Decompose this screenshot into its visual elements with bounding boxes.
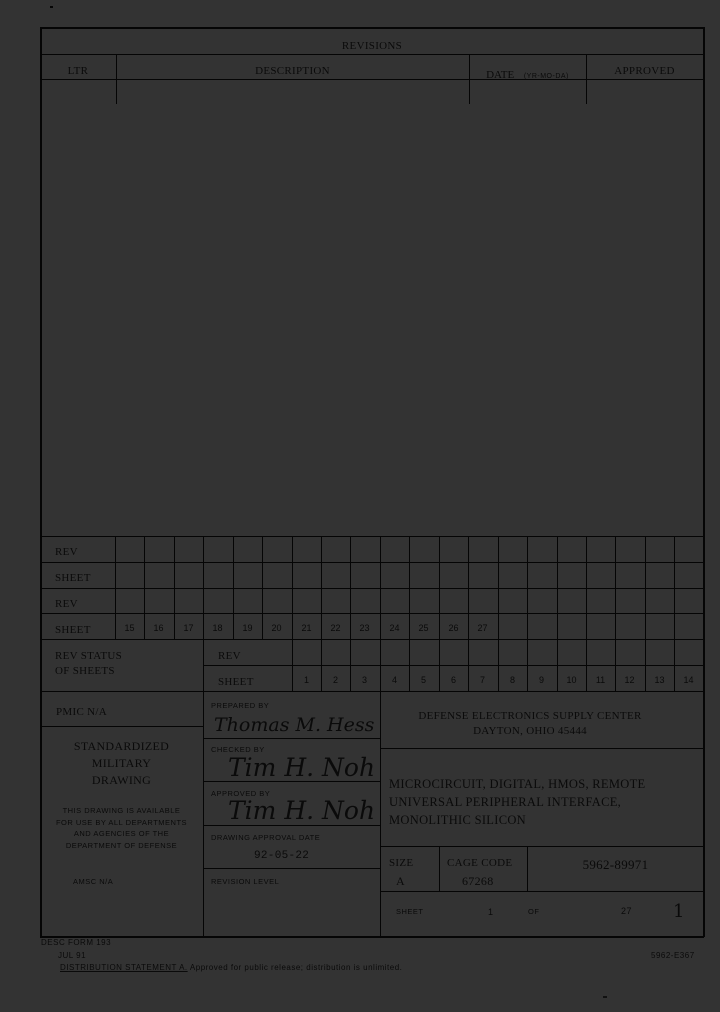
sheet-number-cell: 26 bbox=[439, 623, 468, 633]
distribution-text: Approved for public release; distributio… bbox=[188, 963, 403, 972]
sheet-number-cell: 1 bbox=[292, 675, 321, 685]
frame-bottom bbox=[40, 936, 704, 938]
grid-col bbox=[645, 536, 646, 639]
smd-title-line1: STANDARDIZED bbox=[40, 739, 203, 754]
cage-code-label: CAGE CODE bbox=[447, 857, 512, 869]
sheet-number-cell: 5 bbox=[409, 675, 438, 685]
revisions-title-divider bbox=[40, 54, 704, 55]
revisions-title: REVISIONS bbox=[40, 40, 704, 52]
sheet-number-cell: 19 bbox=[233, 623, 262, 633]
approval-date-value: 92-05-22 bbox=[254, 850, 309, 862]
sheet-label: SHEET bbox=[396, 907, 424, 916]
divider bbox=[203, 868, 380, 869]
prepared-by-signature: Thomas M. Hess bbox=[214, 714, 374, 736]
availability-line4: DEPARTMENT OF DEFENSE bbox=[40, 841, 203, 850]
sheet-number-cell: 27 bbox=[468, 623, 497, 633]
sheet-number-cell: 15 bbox=[115, 623, 144, 633]
part-title-line3: MONOLITHIC SILICON bbox=[389, 813, 526, 828]
sheet-number-cell: 23 bbox=[350, 623, 379, 633]
sheet-number-cell: 14 bbox=[674, 675, 703, 685]
revision-level-label: REVISION LEVEL bbox=[211, 877, 279, 886]
document-code: 5962-E367 bbox=[651, 951, 695, 960]
sheet-number-cell: 17 bbox=[174, 623, 203, 633]
grid-col bbox=[674, 536, 675, 639]
sheet-number-cell: 16 bbox=[144, 623, 173, 633]
sheet-number-cell: 2 bbox=[321, 675, 350, 685]
revisions-header-divider bbox=[40, 79, 704, 80]
grid-col bbox=[498, 536, 499, 639]
sheet-number-cell: 9 bbox=[527, 675, 556, 685]
distribution-label: DISTRIBUTION STATEMENT A. bbox=[60, 963, 188, 972]
pmic-label: PMIC N/A bbox=[56, 706, 107, 718]
revisions-col-divider bbox=[586, 54, 587, 104]
form-number: DESC FORM 193 bbox=[41, 938, 111, 947]
row-label-rev: REV bbox=[55, 598, 78, 610]
checked-by-signature: Tim H. Noh bbox=[228, 753, 375, 782]
grid-line bbox=[40, 691, 704, 692]
grid-line bbox=[40, 562, 704, 563]
distribution-statement: DISTRIBUTION STATEMENT A. Approved for p… bbox=[60, 963, 402, 972]
grid-line bbox=[40, 536, 704, 537]
prepared-by-label: PREPARED BY bbox=[211, 701, 269, 710]
sheet-number-cell: 3 bbox=[350, 675, 379, 685]
divider bbox=[203, 781, 380, 782]
amsc-label: AMSC N/A bbox=[73, 877, 113, 886]
date-label: DATE bbox=[486, 69, 514, 81]
divider bbox=[380, 891, 704, 892]
date-format-label: (YR-MO-DA) bbox=[524, 73, 569, 80]
smd-title-line3: DRAWING bbox=[40, 773, 203, 788]
grid-line bbox=[40, 588, 704, 589]
part-title-line2: UNIVERSAL PERIPHERAL INTERFACE, bbox=[389, 795, 621, 810]
row-label-rev: REV bbox=[55, 546, 78, 558]
divider bbox=[40, 726, 203, 727]
col-header-description: DESCRIPTION bbox=[116, 65, 469, 77]
sheet-number-cell: 13 bbox=[645, 675, 674, 685]
handwritten-sheet-mark: 1 bbox=[673, 901, 684, 922]
approval-date-label: DRAWING APPROVAL DATE bbox=[211, 833, 320, 842]
sheet-number-cell: 11 bbox=[586, 675, 615, 685]
sheet-number-cell: 22 bbox=[321, 623, 350, 633]
sheet-number-cell: 24 bbox=[380, 623, 409, 633]
frame-left bbox=[40, 27, 42, 937]
grid-col bbox=[615, 536, 616, 639]
stray-mark bbox=[603, 996, 607, 998]
grid-col bbox=[203, 639, 204, 937]
sheet-number-cell: 4 bbox=[380, 675, 409, 685]
agency-name: DEFENSE ELECTRONICS SUPPLY CENTER bbox=[380, 710, 680, 722]
registration-mark bbox=[50, 6, 53, 8]
sheet-number-cell: 10 bbox=[557, 675, 586, 685]
sheet-number-cell: 20 bbox=[262, 623, 291, 633]
frame-top bbox=[40, 27, 704, 29]
sheet-number-cell: 6 bbox=[439, 675, 468, 685]
col-header-approved: APPROVED bbox=[586, 65, 703, 77]
part-title-line1: MICROCIRCUIT, DIGITAL, HMOS, REMOTE bbox=[389, 777, 645, 792]
grid-line bbox=[40, 613, 704, 614]
grid-col bbox=[527, 536, 528, 639]
sheet-number-cell: 7 bbox=[468, 675, 497, 685]
divider bbox=[203, 825, 380, 826]
smd-title-line2: MILITARY bbox=[40, 756, 203, 771]
form-date: JUL 91 bbox=[58, 951, 86, 960]
grid-line bbox=[203, 665, 704, 666]
revisions-col-divider bbox=[116, 54, 117, 104]
grid-col bbox=[586, 536, 587, 639]
size-value: A bbox=[396, 874, 405, 889]
sheet-number-cell: 8 bbox=[498, 675, 527, 685]
row-label-sheet: SHEET bbox=[55, 624, 91, 636]
sheet-number-cell: 25 bbox=[409, 623, 438, 633]
col-header-date: DATE (YR-MO-DA) bbox=[469, 65, 586, 83]
frame-right bbox=[703, 27, 705, 937]
row-label-sheet: SHEET bbox=[55, 572, 91, 584]
sheet-number-cell: 12 bbox=[615, 675, 644, 685]
grid-col bbox=[557, 536, 558, 639]
cage-code-value: 67268 bbox=[462, 874, 494, 889]
rev-status-label-line1: REV STATUS bbox=[55, 650, 122, 662]
availability-line3: AND AGENCIES OF THE bbox=[40, 829, 203, 838]
availability-line1: THIS DRAWING IS AVAILABLE bbox=[40, 806, 203, 815]
grid-col bbox=[439, 846, 440, 891]
grid-line bbox=[40, 639, 704, 640]
sheet-total: 27 bbox=[621, 906, 632, 916]
sheet-value: 1 bbox=[488, 907, 494, 917]
drawing-number: 5962-89971 bbox=[527, 857, 704, 873]
col-header-ltr: LTR bbox=[40, 65, 116, 77]
size-label: SIZE bbox=[389, 857, 413, 869]
status-sheet-label: SHEET bbox=[218, 676, 254, 688]
status-rev-label: REV bbox=[218, 650, 241, 662]
sheet-number-cell: 18 bbox=[203, 623, 232, 633]
sheet-number-cell: 21 bbox=[292, 623, 321, 633]
divider bbox=[380, 846, 704, 847]
agency-address: DAYTON, OHIO 45444 bbox=[380, 725, 680, 737]
rev-status-label-line2: OF SHEETS bbox=[55, 665, 115, 677]
divider bbox=[380, 748, 704, 749]
divider bbox=[203, 738, 380, 739]
availability-line2: FOR USE BY ALL DEPARTMENTS bbox=[40, 818, 203, 827]
of-label: OF bbox=[528, 907, 539, 916]
approved-by-signature: Tim H. Noh bbox=[228, 796, 375, 825]
